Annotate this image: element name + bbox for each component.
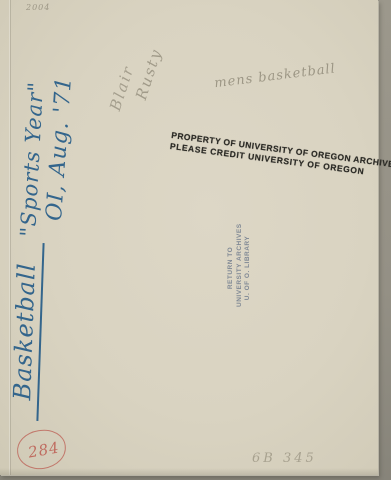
catalog-number: 6B 345 — [252, 451, 317, 466]
pencil-note: mens basketball — [214, 60, 350, 91]
photo-back-paper: 2004 Blair Rusty mens basketball "Sports… — [0, 0, 378, 475]
scan-background: 2004 Blair Rusty mens basketball "Sports… — [0, 0, 391, 480]
return-stamp-line1: RETURN TO — [227, 229, 236, 307]
return-stamp-line2: UNIVERSITY ARCHIVES — [236, 229, 245, 307]
ink-annotation-subject: Basketball — [7, 242, 44, 421]
paper-bottom-shadow — [0, 468, 378, 475]
property-stamp: PROPERTY OF UNIVERSITY OF OREGON ARCHIVE… — [169, 129, 341, 174]
return-stamp: RETURN TO UNIVERSITY ARCHIVES U. OF O. L… — [227, 229, 265, 307]
return-stamp-line3: U. OF O. LIBRARY — [244, 229, 253, 307]
corner-number: 2004 — [26, 3, 50, 12]
